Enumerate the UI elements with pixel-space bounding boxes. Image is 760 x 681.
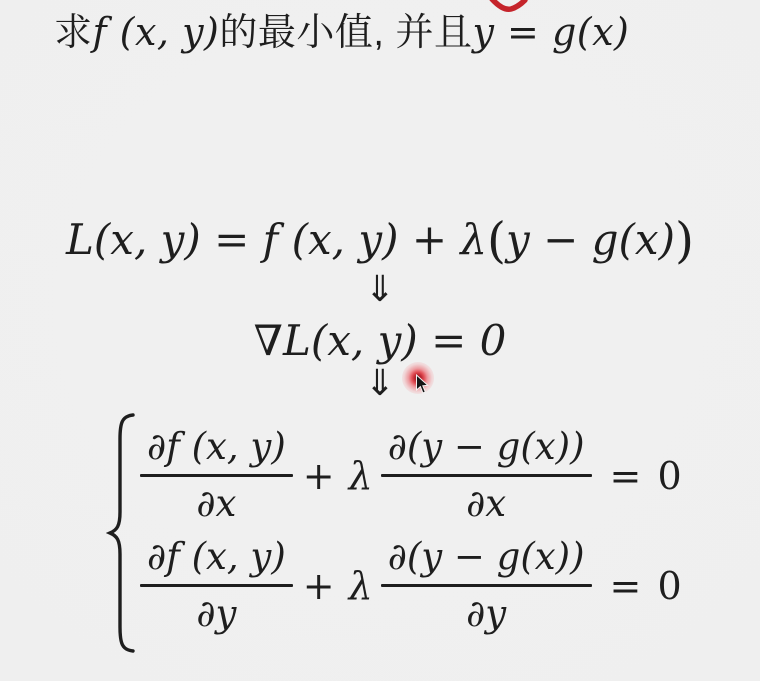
fraction-denominator: ∂x bbox=[459, 477, 513, 526]
lagrangian-lead: L(x, y) = f (x, y) + λ bbox=[66, 215, 487, 264]
plus-operator: + bbox=[301, 454, 337, 498]
double-down-arrow-icon: ⇓ bbox=[0, 366, 760, 402]
close-paren: ) bbox=[675, 213, 694, 269]
lambda-symbol: λ bbox=[345, 454, 373, 498]
open-paren: ( bbox=[487, 213, 506, 269]
fraction-df-dx: ∂f (x, y) ∂x bbox=[140, 426, 293, 525]
fraction-denominator: ∂y bbox=[459, 587, 513, 636]
double-down-arrow-icon: ⇓ bbox=[0, 272, 760, 308]
title-constraint-equation: y = g(x) bbox=[473, 10, 630, 54]
lagrangian-equation: L(x, y) = f (x, y) + λ(y − g(x)) bbox=[0, 210, 760, 273]
equals-zero: = 0 bbox=[600, 454, 686, 498]
system-equation-row-y: ∂f (x, y) ∂y + λ ∂(y − g(x)) ∂y = 0 bbox=[140, 536, 686, 635]
fraction-numerator: ∂f (x, y) bbox=[140, 426, 293, 474]
title-text-cjk-find: 求 bbox=[54, 12, 93, 54]
lambda-symbol: λ bbox=[345, 564, 373, 608]
fraction-denominator: ∂x bbox=[189, 477, 243, 526]
lecture-slide: 求f (x, y)的最小值, 并且y = g(x) L(x, y) = f (x… bbox=[0, 0, 760, 681]
fraction-denominator: ∂y bbox=[189, 587, 243, 636]
system-equation-row-x: ∂f (x, y) ∂x + λ ∂(y − g(x)) ∂x = 0 bbox=[140, 426, 686, 525]
fraction-numerator: ∂(y − g(x)) bbox=[381, 536, 592, 584]
problem-statement: 求f (x, y)的最小值, 并且y = g(x) bbox=[54, 9, 629, 58]
fraction-numerator: ∂(y − g(x)) bbox=[381, 426, 592, 474]
fraction-dconstraint-dx: ∂(y − g(x)) ∂x bbox=[381, 426, 592, 525]
lagrangian-inner: y − g(x) bbox=[506, 215, 675, 264]
system-curly-brace-icon bbox=[106, 412, 136, 654]
plus-operator: + bbox=[301, 564, 337, 608]
fraction-df-dy: ∂f (x, y) ∂y bbox=[140, 536, 293, 635]
fraction-numerator: ∂f (x, y) bbox=[140, 536, 293, 584]
fraction-dconstraint-dy: ∂(y − g(x)) ∂y bbox=[381, 536, 592, 635]
equals-zero: = 0 bbox=[600, 564, 686, 608]
title-text-cjk-minimum: 的最小值, 并且 bbox=[219, 12, 472, 54]
gradient-equation: ∇L(x, y) = 0 bbox=[0, 314, 760, 369]
title-objective-function: f (x, y) bbox=[93, 10, 220, 54]
